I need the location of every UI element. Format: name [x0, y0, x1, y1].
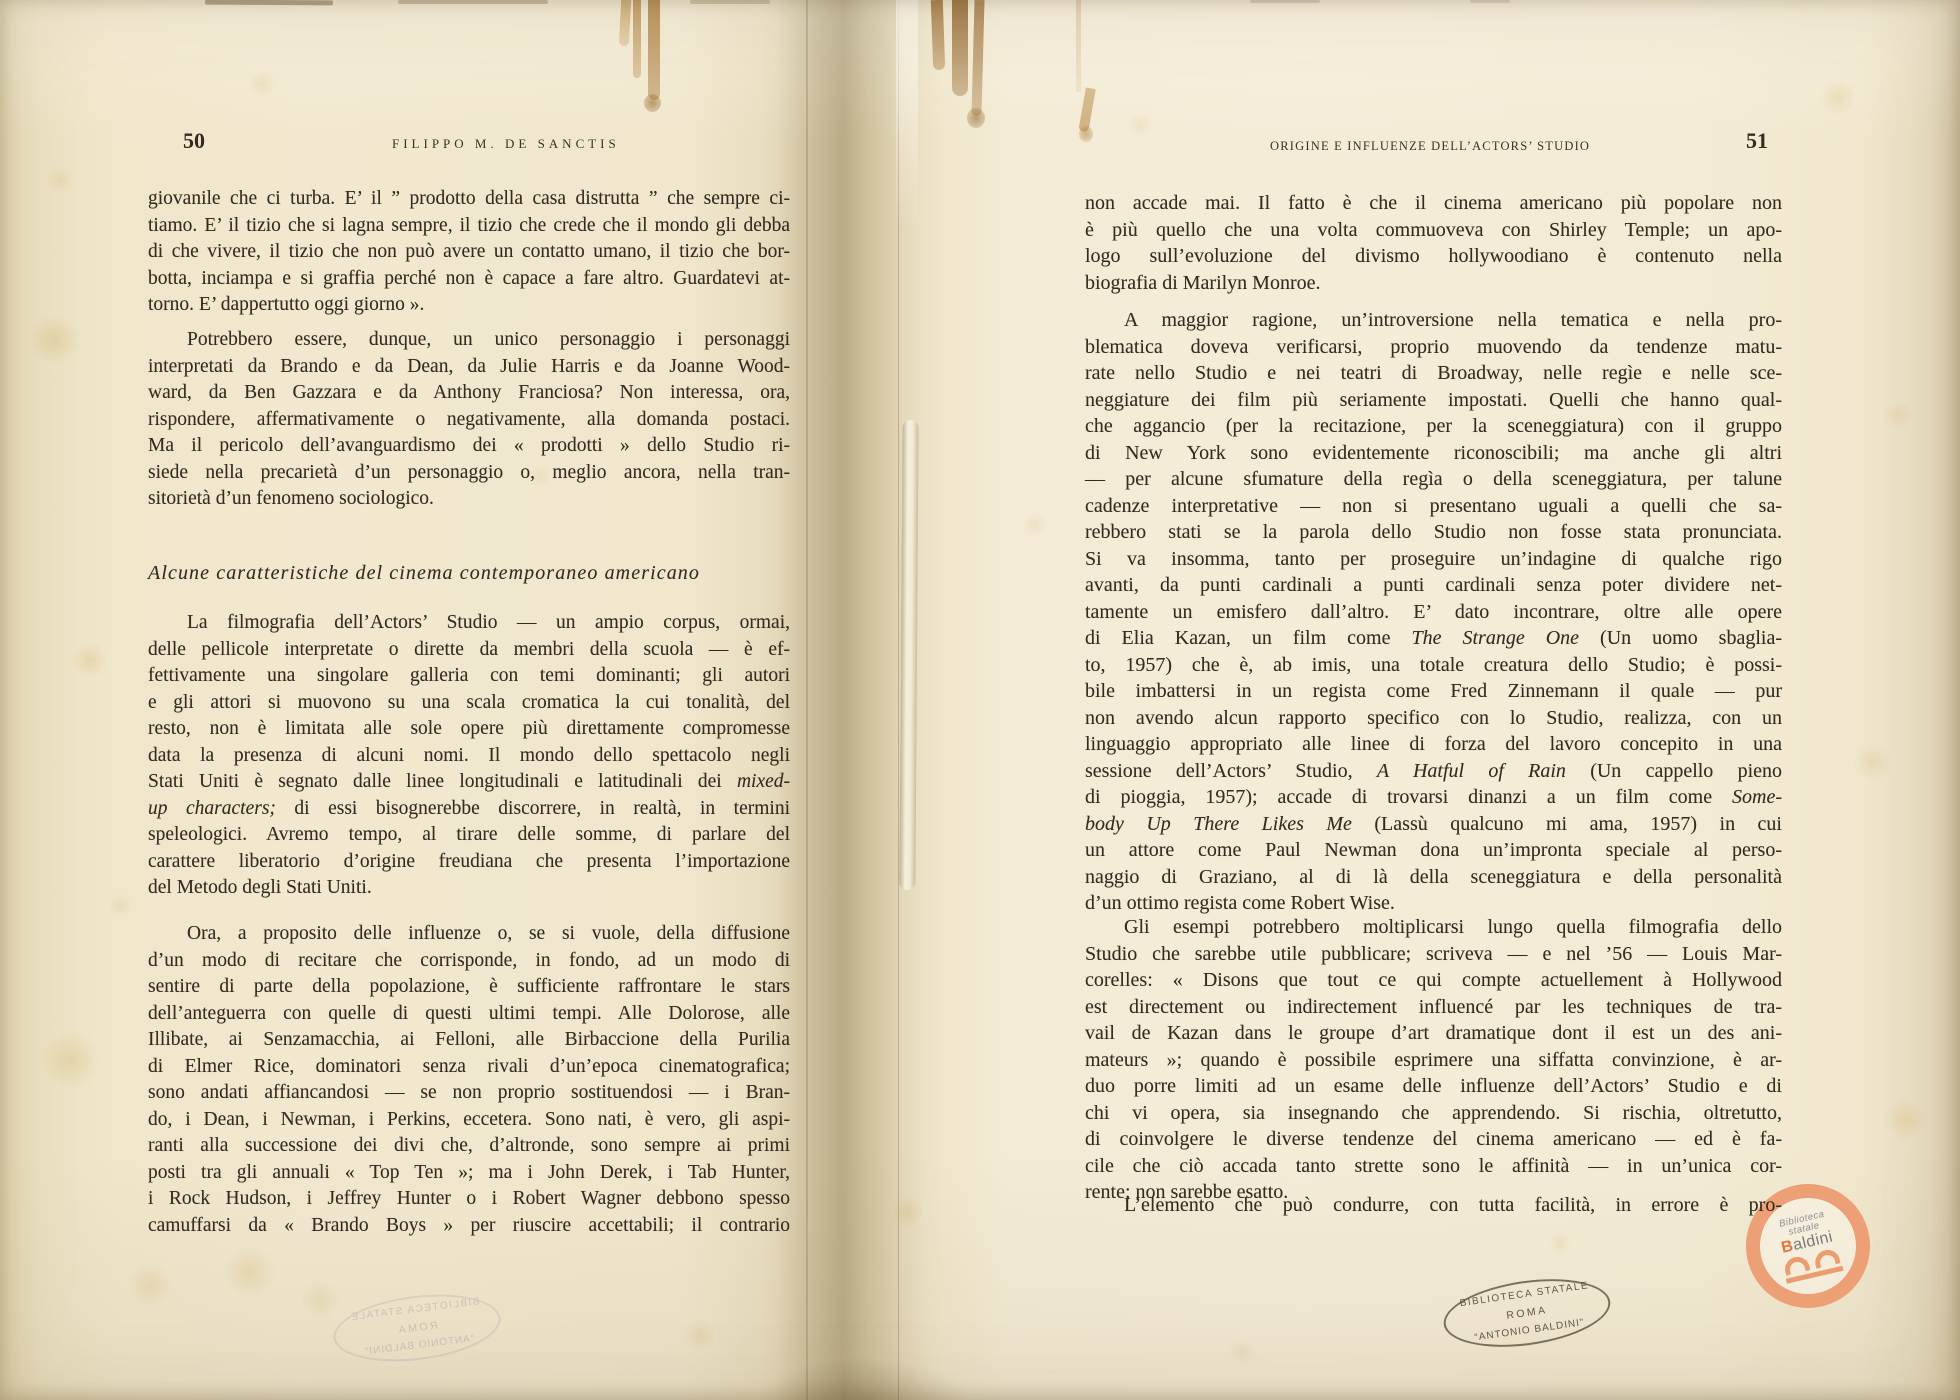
text-line: vail de Kazan dans le groupe d’art drama…: [1085, 1020, 1782, 1047]
paragraph: A maggior ragione, un’introversione nell…: [1085, 307, 1782, 917]
text-line: bile imbattersi in un regista come Fred …: [1085, 678, 1782, 705]
right-page: 51 ORIGINE E INFLUENZE DELL’ACTORS’ STUD…: [0, 0, 1960, 1400]
text-line: d’un ottimo regista come Robert Wise.: [1085, 890, 1782, 917]
text-line: avanti, da punti cardinali a punti cardi…: [1085, 572, 1782, 599]
text-line: è più quello che una volta commuoveva co…: [1085, 217, 1782, 244]
text-line: cadenze interpretative — non si presenta…: [1085, 493, 1782, 520]
text-line: un attore come Paul Newman dona un’impro…: [1085, 837, 1782, 864]
text-line: Gli esempi potrebbero moltiplicarsi lung…: [1085, 914, 1782, 941]
text-line: chi vi opera, sia insegnando che apprend…: [1085, 1100, 1782, 1127]
text-line: di coinvolgere le diverse tendenze del c…: [1085, 1126, 1782, 1153]
text-line: to, 1957) che è, ab imis, una totale cre…: [1085, 652, 1782, 679]
text-line: tamente un emisfero dall’altro. E’ dato …: [1085, 599, 1782, 626]
text-line: di New York sono evidentemente riconosci…: [1085, 440, 1782, 467]
text-line: sessione dell’Actors’ Studio, A Hatful o…: [1085, 758, 1782, 785]
text-line: cile che ciò accada tanto strette sono l…: [1085, 1153, 1782, 1180]
text-line: est directement ou indirectement influen…: [1085, 994, 1782, 1021]
text-line: logo sull’evoluzione del divismo hollywo…: [1085, 243, 1782, 270]
text-line: che aggancio (per la recitazione, per la…: [1085, 413, 1782, 440]
running-head-right: ORIGINE E INFLUENZE DELL’ACTORS’ STUDIO: [1270, 139, 1590, 154]
text-line: corelles: « Disons que tout ce qui compt…: [1085, 967, 1782, 994]
text-line: body Up There Likes Me (Lassù qualcuno m…: [1085, 811, 1782, 838]
text-line: rate nello Studio e nei teatri di Broadw…: [1085, 360, 1782, 387]
text-line: L’elemento che può condurre, con tutta f…: [1085, 1192, 1782, 1219]
text-line: rebbero stati se la parola dello Studio …: [1085, 519, 1782, 546]
paragraph: L’elemento che può condurre, con tutta f…: [1085, 1192, 1782, 1219]
page-number-right: 51: [1746, 128, 1768, 154]
text-line: biografia di Marilyn Monroe.: [1085, 270, 1782, 297]
text-line: Si va insomma, tanto per proseguire un’i…: [1085, 546, 1782, 573]
text-line: A maggior ragione, un’introversione nell…: [1085, 307, 1782, 334]
text-line: linguaggio appropriato alle linee di for…: [1085, 731, 1782, 758]
book-scan: Biblioteca statale Baldini BIBLIOTECA ST…: [0, 0, 1960, 1400]
text-line: neggiature dei film più seriamente impos…: [1085, 387, 1782, 414]
text-line: naggio di Graziano, al di là della scene…: [1085, 864, 1782, 891]
text-line: duo porre limiti ad un esame delle influ…: [1085, 1073, 1782, 1100]
text-line: di Elia Kazan, un film come The Strange …: [1085, 625, 1782, 652]
text-line: Studio che sarebbe utile pubblicare; scr…: [1085, 941, 1782, 968]
text-line: non accade mai. Il fatto è che il cinema…: [1085, 190, 1782, 217]
paragraph: non accade mai. Il fatto è che il cinema…: [1085, 190, 1782, 296]
text-line: mateurs »; quando è possibile esprimere …: [1085, 1047, 1782, 1074]
text-line: non avendo alcun rapporto specifico con …: [1085, 705, 1782, 732]
text-line: — per alcune sfumature della regìa o del…: [1085, 466, 1782, 493]
text-line: di pioggia, 1957); accade di trovarsi di…: [1085, 784, 1782, 811]
paragraph: Gli esempi potrebbero moltiplicarsi lung…: [1085, 914, 1782, 1206]
text-line: blematica doveva verificarsi, proprio mu…: [1085, 334, 1782, 361]
